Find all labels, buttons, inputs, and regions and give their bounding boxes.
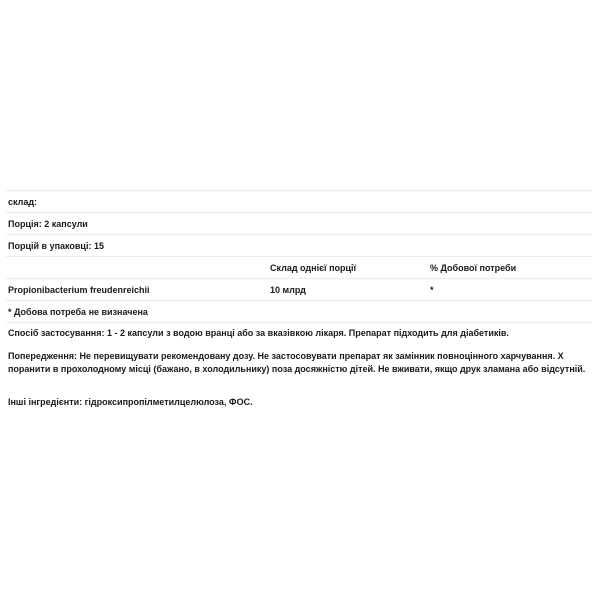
servings-per-container: Порцій в упаковці: 15: [6, 241, 270, 251]
supplement-facts-table: склад: Порція: 2 капсули Порцій в упаков…: [6, 190, 592, 323]
footnote: * Добова потреба не визначена: [6, 307, 148, 317]
serving-size: Порція: 2 капсули: [6, 219, 270, 229]
table-row-servings-per-container: Порцій в упаковці: 15: [6, 235, 592, 257]
ingredient-amount: 10 млрд: [270, 285, 430, 295]
column-header-daily-value: % Добової потреби: [430, 263, 592, 273]
table-row-footnote: * Добова потреба не визначена: [6, 301, 592, 323]
ingredient-name: Propionibacterium freudenreichii: [6, 285, 270, 295]
table-row-ingredient: Propionibacterium freudenreichii 10 млрд…: [6, 279, 592, 301]
table-row-serving-size: Порція: 2 капсули: [6, 213, 592, 235]
table-row-composition: склад:: [6, 191, 592, 213]
ingredient-daily-value: *: [430, 285, 592, 295]
column-header-amount: Склад однієї порції: [270, 263, 430, 273]
usage-instructions: Спосіб застосування: 1 - 2 капсули з вод…: [8, 327, 594, 340]
table-header-row: Склад однієї порції % Добової потреби: [6, 257, 592, 279]
warning-text: Попередження: Не перевищувати рекомендов…: [8, 350, 594, 375]
composition-label: склад:: [6, 197, 270, 207]
other-ingredients: Інші інгредієнти: гідроксипропілметилцел…: [8, 396, 594, 409]
